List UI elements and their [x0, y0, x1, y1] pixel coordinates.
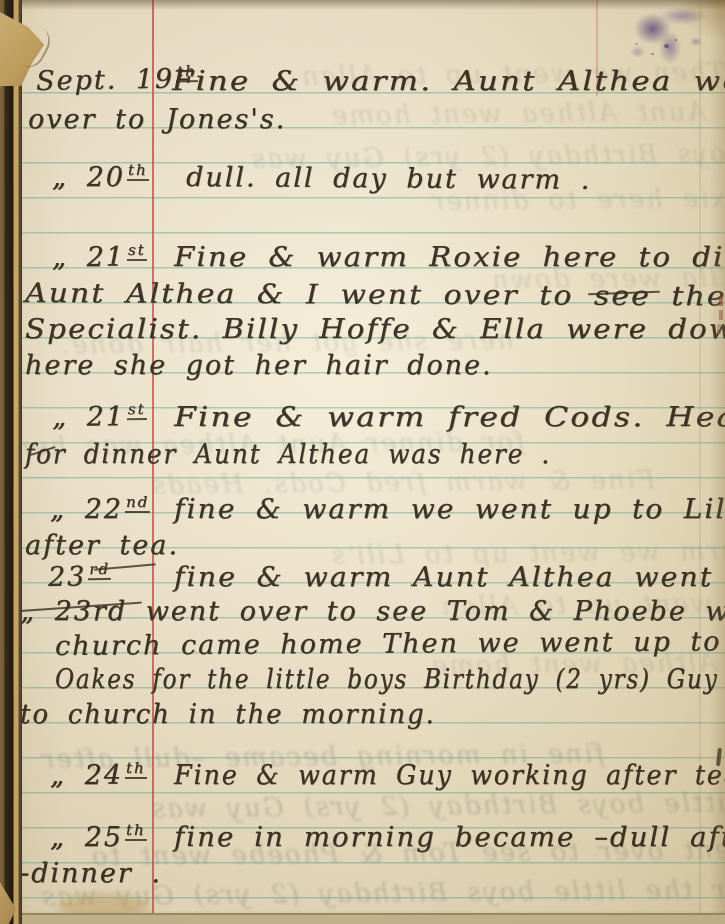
entry-text: Fine & warm Guy working after tea.: [174, 758, 725, 794]
right-edge-shadow: [709, 0, 725, 924]
date-ordinal: th: [125, 759, 147, 779]
date-ordinal: th: [125, 821, 147, 841]
entry-date: „ 25th: [50, 820, 147, 859]
date-ordinal: st: [127, 241, 147, 261]
diary-photo: { "meta": { "document_type": "handwritte…: [0, 0, 725, 924]
book-binding-edge: [0, 0, 22, 924]
entry-text: Specialist. Billy Hoffe & Ella were down: [25, 312, 725, 348]
date-text: „ 25: [50, 822, 123, 853]
entry-date: „ 22nd: [50, 492, 150, 531]
entry-sept-21-line-1: „ 21st Fine & warm Roxie here to dinner: [0, 240, 725, 280]
date-text: „ 20: [52, 162, 125, 193]
date-text: 23: [48, 561, 87, 593]
date-text: Sept. 19: [36, 64, 175, 97]
entry-text: Fine & warm fred Cods. Heads: [174, 400, 725, 436]
date-text: „ 21: [52, 401, 125, 433]
underlying-page-edge: [0, 913, 725, 924]
entry-text: -dinner .: [20, 856, 162, 892]
entry-text: fine in morning became –dull after: [174, 820, 725, 856]
entry-text: Aunt Althea & I went over to see the eye: [25, 276, 725, 316]
purple-ink-specks: [664, 44, 669, 48]
entry-text: Fine & warm Roxie here to dinner: [174, 240, 725, 276]
entry-date: „ 24th: [50, 758, 147, 797]
entry-date: „ 21st: [52, 240, 147, 279]
entry-sept-22-line-1: „ 22nd fine & warm we went up to Lili's: [0, 492, 725, 532]
entry-text: to church in the morning.: [20, 697, 436, 733]
entry-sept-21-line-3: Specialist. Billy Hoffe & Ella were down: [0, 312, 725, 352]
entry-text: Jones's.: [166, 102, 286, 138]
entry-sept-25-line-2: -dinner .: [0, 856, 725, 896]
date-text: „ 21: [52, 242, 125, 273]
entry-sept-24: „ 24th Fine & warm Guy working after tea…: [0, 758, 725, 798]
date-ordinal: nd: [125, 493, 150, 513]
date-ordinal: th: [127, 161, 149, 181]
entry-date: 23rd: [48, 559, 112, 599]
entry-sept-20: „ 20th dull. all day but warm .: [0, 160, 725, 200]
entry-text: church came home Then we went up to Alla…: [55, 624, 725, 665]
entry-text: for dinner Aunt Althea was here .: [25, 437, 551, 473]
entry-sept-23-line-5: to church in the morning.: [0, 697, 725, 737]
date-text: „ 22: [50, 494, 123, 525]
date-ordinal: st: [127, 400, 147, 420]
entry-sept-23-line-4: Oakes for the little boys Birthday (2 yr…: [0, 662, 725, 702]
entry-text: fine & warm Aunt Althea went home: [174, 560, 725, 596]
entry-date: „ 21st: [52, 399, 147, 439]
entry-sept-21-line-4: here she got her hair done.: [0, 348, 725, 388]
top-edge-shadow: [0, 0, 725, 10]
entry-date: „ 20th: [52, 160, 149, 199]
entry-sept-21-line-2: Aunt Althea & I went over to see the eye: [0, 276, 725, 316]
entry-sept-21b-line-1: „ 21st Fine & warm fred Cods. Heads: [0, 400, 725, 440]
entry-sept-25-line-1: „ 25th fine in morning became –dull afte…: [0, 820, 725, 860]
entry-text: Oakes for the little boys Birthday (2 yr…: [55, 662, 725, 698]
entry-text: here she got her hair done.: [25, 348, 493, 384]
entry-text: over to: [28, 102, 146, 138]
date-text: „ 24: [50, 760, 123, 791]
entry-text: fine & warm we went up to Lili's: [174, 492, 725, 528]
entry-text: dull. all day but warm .: [186, 160, 592, 199]
entry-sept-21b-line-2: for dinner Aunt Althea was here .: [0, 437, 725, 477]
right-page-crease: [699, 0, 701, 924]
entry-sept-19-line-2: over to Jones's.: [0, 102, 725, 142]
